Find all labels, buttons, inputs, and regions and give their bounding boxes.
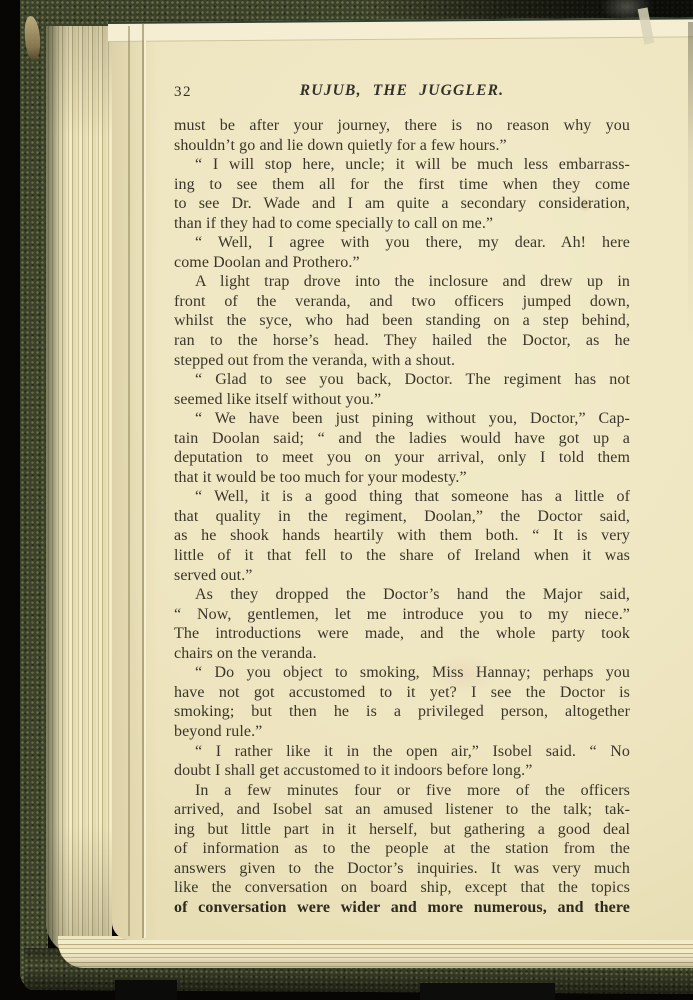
text-line: “ Now, gentlemen, let me introduce you t… <box>174 605 630 625</box>
text-line: “ Well, I agree with you there, my dear.… <box>174 233 630 253</box>
page-crease <box>142 24 146 938</box>
text-line: of information as to the people at the s… <box>174 839 630 859</box>
text-line: that it would be too much for your modes… <box>174 468 630 488</box>
text-line: “ Glad to see you back, Doctor. The regi… <box>174 370 630 390</box>
text-line: must be after your journey, there is no … <box>174 116 630 136</box>
page-top-edge <box>108 17 693 42</box>
text-line: served out.” <box>174 566 630 586</box>
text-line: ran to the horse’s head. They hailed the… <box>174 331 630 351</box>
text-line: In a few minutes four or five more of th… <box>174 781 630 801</box>
text-line: “ I rather like it in the open air,” Iso… <box>174 742 630 762</box>
text-line: ing to see them all for the first time w… <box>174 175 630 195</box>
background-shadow <box>115 980 177 1000</box>
text-line: The introductions were made, and the who… <box>174 624 630 644</box>
text-line: whilst the syce, who had been standing o… <box>174 311 630 331</box>
text-line: A light trap drove into the inclosure an… <box>174 272 630 292</box>
page-stack-left-edges <box>46 26 112 956</box>
page-crease <box>128 26 130 936</box>
text-line: chairs on the veranda. <box>174 644 630 664</box>
text-line: stepped out from the veranda, with a sho… <box>174 351 630 371</box>
text-line: little of it that fell to the share of I… <box>174 546 630 566</box>
text-line: shouldn’t go and lie down quietly for a … <box>174 136 630 156</box>
background-shadow <box>420 983 555 1000</box>
text-line: as he shook hands heartily with them bot… <box>174 526 630 546</box>
page-stack-bottom-edges <box>58 936 693 968</box>
text-line: tain Doolan said; “ and the ladies would… <box>174 429 630 449</box>
text-line: doubt I shall get accustomed to it indoo… <box>174 761 630 781</box>
text-line: arrived, and Isobel sat an amused listen… <box>174 800 630 820</box>
text-line: that quality in the regiment, Doolan,” t… <box>174 507 630 527</box>
text-line: answers given to the Doctor’s inquiries.… <box>174 859 630 879</box>
text-line: beyond rule.” <box>174 722 630 742</box>
text-line: ing but little part in it herself, but g… <box>174 820 630 840</box>
text-line: deputation to meet you on your arrival, … <box>174 448 630 468</box>
book-page: 32 RUJUB, THE JUGGLER. must be after you… <box>112 22 693 940</box>
running-title: RUJUB, THE JUGGLER. <box>174 82 630 100</box>
text-line: “ I will stop here, uncle; it will be mu… <box>174 155 630 175</box>
text-line: As they dropped the Doctor’s hand the Ma… <box>174 585 630 605</box>
text-line: like the conversation on board ship, exc… <box>174 878 630 898</box>
text-line: than if they had to come specially to ca… <box>174 214 630 234</box>
text-line: “ Do you object to smoking, Miss Hannay;… <box>174 663 630 683</box>
text-line: have not got accustomed to it yet? I see… <box>174 683 630 703</box>
text-line: “ Well, it is a good thing that someone … <box>174 487 630 507</box>
page-number: 32 <box>174 84 192 101</box>
book-cover-spine-edge <box>20 0 48 988</box>
text-line: of conversation were wider and more nume… <box>174 898 630 918</box>
text-line: smoking; but then he is a privileged per… <box>174 702 630 722</box>
book-photo-scene: 32 RUJUB, THE JUGGLER. must be after you… <box>0 0 693 1000</box>
text-line: come Doolan and Prothero.” <box>174 253 630 273</box>
text-block: must be after your journey, there is no … <box>174 116 630 917</box>
text-line: front of the veranda, and two officers j… <box>174 292 630 312</box>
text-line: “ We have been just pining without you, … <box>174 409 630 429</box>
running-head: 32 RUJUB, THE JUGGLER. <box>174 82 630 104</box>
text-line: seemed like itself without you.” <box>174 390 630 410</box>
text-line: to see Dr. Wade and I am quite a seconda… <box>174 194 630 214</box>
